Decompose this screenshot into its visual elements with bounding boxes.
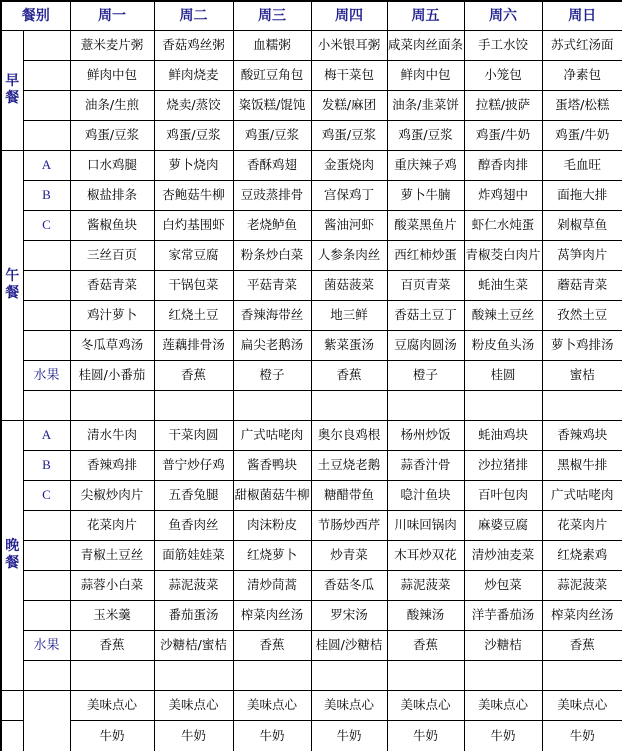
slot-label [23, 240, 70, 270]
menu-item-cell: 血糯粥 [233, 30, 311, 60]
menu-item-cell: 酱香鸭块 [233, 450, 311, 480]
slot-label [23, 600, 70, 630]
slot-label [23, 330, 70, 360]
meal-section-label: 午餐 [1, 150, 23, 420]
menu-item-cell: 香蕉 [70, 630, 154, 660]
footer-slot-cell [23, 690, 70, 751]
menu-item-cell: 粢饭糕/馄饨 [233, 90, 311, 120]
menu-item-cell: 玉米羹 [70, 600, 154, 630]
slot-label [23, 120, 70, 150]
menu-item-cell: 橙子 [387, 360, 464, 390]
menu-item-cell: 香辣鸡块 [542, 420, 622, 450]
menu-item-cell: 牛奶 [464, 720, 542, 751]
menu-item-cell: 桂圆/小番茄 [70, 360, 154, 390]
menu-item-cell: 面筋娃娃菜 [154, 540, 233, 570]
menu-item-cell: 西红柿炒蛋 [387, 240, 464, 270]
menu-item-cell: 蒜香汁骨 [387, 450, 464, 480]
slot-label [23, 510, 70, 540]
menu-item-cell: 黑椒牛排 [542, 450, 622, 480]
menu-item-cell: 百页青菜 [387, 270, 464, 300]
menu-item-cell: 蘑菇青菜 [542, 270, 622, 300]
menu-item-cell: 金蛋烧肉 [311, 150, 387, 180]
menu-item-cell: 菌菇菠菜 [311, 270, 387, 300]
menu-item-cell: 椒盐排条 [70, 180, 154, 210]
menu-item-cell: 梅干菜包 [311, 60, 387, 90]
menu-item-cell: 鸡蛋/豆浆 [387, 120, 464, 150]
menu-item-cell: 酸豇豆角包 [233, 60, 311, 90]
menu-item-cell: 香蕉 [154, 360, 233, 390]
menu-item-cell: 杏鲍菇牛柳 [154, 180, 233, 210]
menu-item-cell: 榨菜肉丝汤 [542, 600, 622, 630]
menu-item-cell: 鸡蛋/牛奶 [542, 120, 622, 150]
menu-item-cell: 鸡汁萝卜 [70, 300, 154, 330]
menu-item-cell: 蛋塔/松糕 [542, 90, 622, 120]
menu-row: C酱椒鱼块白灼基围虾老烧鲈鱼酱油河虾酸菜黑鱼片虾仁水炖蛋剁椒草鱼 [1, 210, 622, 240]
day-header-4: 周四 [311, 1, 387, 30]
menu-item-cell: 沙糖桔 [464, 630, 542, 660]
menu-row [1, 390, 622, 420]
menu-item-cell: 红烧土豆 [154, 300, 233, 330]
slot-label [23, 60, 70, 90]
menu-item-cell: 咸菜肉丝面条 [387, 30, 464, 60]
menu-row: 水果桂圆/小番茄香蕉橙子香蕉橙子桂圆蜜桔 [1, 360, 622, 390]
slot-label: C [23, 210, 70, 240]
corner-label-cell: 餐别 [1, 1, 70, 30]
menu-item-cell: 美味点心 [542, 690, 622, 720]
menu-item-cell: 红烧萝卜 [233, 540, 311, 570]
menu-item-cell: 肉沫粉皮 [233, 510, 311, 540]
day-header-6: 周六 [464, 1, 542, 30]
menu-item-cell: 薏米麦片粥 [70, 30, 154, 60]
menu-item-cell: 美味点心 [311, 690, 387, 720]
menu-item-cell: 桂圆 [464, 360, 542, 390]
menu-item-cell: 醇香肉排 [464, 150, 542, 180]
menu-item-cell: 发糕/麻团 [311, 90, 387, 120]
slot-label [23, 270, 70, 300]
menu-item-cell: 甜椒菌菇牛柳 [233, 480, 311, 510]
menu-item-cell: 蚝油鸡块 [464, 420, 542, 450]
menu-item-cell: 炒包菜 [464, 570, 542, 600]
menu-item-cell: 奥尔良鸡根 [311, 420, 387, 450]
menu-item-cell: 牛奶 [542, 720, 622, 751]
menu-item-cell: 广式咕咾肉 [542, 480, 622, 510]
menu-item-cell: 鱼香肉丝 [154, 510, 233, 540]
menu-item-cell: 酸辣土豆丝 [464, 300, 542, 330]
menu-row: 晚餐A清水牛肉干菜肉圆广式咕咾肉奥尔良鸡根杨州炒饭蚝油鸡块香辣鸡块 [1, 420, 622, 450]
menu-item-cell: 百叶包肉 [464, 480, 542, 510]
menu-item-cell: 酱椒鱼块 [70, 210, 154, 240]
day-header-1: 周一 [70, 1, 154, 30]
menu-item-cell: 干菜肉圆 [154, 420, 233, 450]
meal-section-label: 早餐 [1, 30, 23, 150]
menu-item-cell [542, 390, 622, 420]
menu-item-cell: 川味回锅肉 [387, 510, 464, 540]
menu-item-cell: 炒青菜 [311, 540, 387, 570]
menu-item-cell: 白灼基围虾 [154, 210, 233, 240]
menu-item-cell [387, 660, 464, 690]
menu-item-cell: 萝卜鸡排汤 [542, 330, 622, 360]
menu-item-cell: 冬瓜草鸡汤 [70, 330, 154, 360]
menu-item-cell: 鸡蛋/牛奶 [464, 120, 542, 150]
menu-item-cell: 牛奶 [387, 720, 464, 751]
menu-item-cell: 广式咕咾肉 [233, 420, 311, 450]
menu-item-cell: 尖椒炒肉片 [70, 480, 154, 510]
menu-item-cell: 蜜桔 [542, 360, 622, 390]
meal-section-label: 晚餐 [1, 420, 23, 690]
slot-label: 水果 [23, 360, 70, 390]
menu-row: 鸡汁萝卜红烧土豆香辣海带丝地三鲜香菇土豆丁酸辣土豆丝孜然土豆 [1, 300, 622, 330]
menu-item-cell: 扁尖老鹅汤 [233, 330, 311, 360]
menu-item-cell: 平菇青菜 [233, 270, 311, 300]
menu-row: 冬瓜草鸡汤莲藕排骨汤扁尖老鹅汤紫菜蛋汤豆腐肉圆汤粉皮鱼头汤萝卜鸡排汤 [1, 330, 622, 360]
menu-item-cell: 豆豉蒸排骨 [233, 180, 311, 210]
menu-item-cell: 蒜泥菠菜 [542, 570, 622, 600]
menu-row: 油条/生煎烧卖/蒸饺粢饭糕/馄饨发糕/麻团油条/韭菜饼拉糕/披萨蛋塔/松糕 [1, 90, 622, 120]
menu-item-cell: 清炒油麦菜 [464, 540, 542, 570]
menu-item-cell: 香菇土豆丁 [387, 300, 464, 330]
menu-item-cell: 花菜肉片 [70, 510, 154, 540]
milk-row: 牛奶牛奶牛奶牛奶牛奶牛奶牛奶 [1, 720, 622, 751]
menu-item-cell: 香菇鸡丝粥 [154, 30, 233, 60]
menu-row: 鸡蛋/豆浆鸡蛋/豆浆鸡蛋/豆浆鸡蛋/豆浆鸡蛋/豆浆鸡蛋/牛奶鸡蛋/牛奶 [1, 120, 622, 150]
menu-item-cell: 香蕉 [233, 630, 311, 660]
day-header-3: 周三 [233, 1, 311, 30]
menu-row: 香菇青菜干锅包菜平菇青菜菌菇菠菜百页青菜蚝油生菜蘑菇青菜 [1, 270, 622, 300]
menu-item-cell: 木耳炒双花 [387, 540, 464, 570]
header-row: 餐别周一周二周三周四周五周六周日 [1, 1, 622, 30]
menu-item-cell: 紫菜蛋汤 [311, 330, 387, 360]
menu-item-cell: 老烧鲈鱼 [233, 210, 311, 240]
slot-label [23, 660, 70, 690]
menu-item-cell: 萝卜烧肉 [154, 150, 233, 180]
menu-item-cell [542, 660, 622, 690]
footer-left-cell [1, 690, 23, 720]
slot-label [23, 30, 70, 60]
menu-item-cell: 青椒土豆丝 [70, 540, 154, 570]
menu-item-cell: 鲜肉烧麦 [154, 60, 233, 90]
menu-item-cell [233, 390, 311, 420]
menu-item-cell: 鸡蛋/豆浆 [233, 120, 311, 150]
snack-row: 美味点心美味点心美味点心美味点心美味点心美味点心美味点心 [1, 690, 622, 720]
menu-item-cell: 剁椒草鱼 [542, 210, 622, 240]
menu-item-cell: 节肠炒西芹 [311, 510, 387, 540]
menu-row: B香辣鸡排普宁炒仔鸡酱香鸭块土豆烧老鹅蒜香汁骨沙拉猪排黑椒牛排 [1, 450, 622, 480]
menu-item-cell: 净素包 [542, 60, 622, 90]
menu-table: 餐别周一周二周三周四周五周六周日早餐薏米麦片粥香菇鸡丝粥血糯粥小米银耳粥咸菜肉丝… [0, 0, 622, 751]
slot-label: A [23, 150, 70, 180]
menu-item-cell: 榨菜肉丝汤 [233, 600, 311, 630]
menu-item-cell: 香菇青菜 [70, 270, 154, 300]
menu-item-cell: 麻婆豆腐 [464, 510, 542, 540]
menu-item-cell: 重庆辣子鸡 [387, 150, 464, 180]
menu-row: 玉米羹番茄蛋汤榨菜肉丝汤罗宋汤酸辣汤洋芋番茄汤榨菜肉丝汤 [1, 600, 622, 630]
slot-label [23, 90, 70, 120]
menu-item-cell: 鲜肉中包 [387, 60, 464, 90]
menu-item-cell [70, 390, 154, 420]
menu-item-cell: 油条/生煎 [70, 90, 154, 120]
slot-label [23, 570, 70, 600]
menu-item-cell: 三丝百页 [70, 240, 154, 270]
slot-label: A [23, 420, 70, 450]
menu-row: C尖椒炒肉片五香兔腿甜椒菌菇牛柳糖醋带鱼喼汁鱼块百叶包肉广式咕咾肉 [1, 480, 622, 510]
menu-item-cell: 番茄蛋汤 [154, 600, 233, 630]
menu-item-cell [311, 660, 387, 690]
menu-item-cell: 香菇冬瓜 [311, 570, 387, 600]
menu-row: 花菜肉片鱼香肉丝肉沫粉皮节肠炒西芹川味回锅肉麻婆豆腐花菜肉片 [1, 510, 622, 540]
menu-item-cell: 家常豆腐 [154, 240, 233, 270]
menu-item-cell: 虾仁水炖蛋 [464, 210, 542, 240]
menu-item-cell: 美味点心 [70, 690, 154, 720]
day-header-5: 周五 [387, 1, 464, 30]
menu-item-cell: 美味点心 [464, 690, 542, 720]
menu-item-cell: 毛血旺 [542, 150, 622, 180]
menu-item-cell: 花菜肉片 [542, 510, 622, 540]
menu-item-cell: 喼汁鱼块 [387, 480, 464, 510]
menu-item-cell: 油条/韭菜饼 [387, 90, 464, 120]
menu-item-cell [70, 660, 154, 690]
menu-item-cell: 牛奶 [70, 720, 154, 751]
menu-item-cell: 鸡蛋/豆浆 [70, 120, 154, 150]
slot-label: 水果 [23, 630, 70, 660]
menu-item-cell: 豆腐肉圆汤 [387, 330, 464, 360]
slot-label: C [23, 480, 70, 510]
menu-row: 青椒土豆丝面筋娃娃菜红烧萝卜炒青菜木耳炒双花清炒油麦菜红烧素鸡 [1, 540, 622, 570]
menu-item-cell: 萝卜牛腩 [387, 180, 464, 210]
menu-item-cell: 香辣鸡排 [70, 450, 154, 480]
menu-row: 早餐薏米麦片粥香菇鸡丝粥血糯粥小米银耳粥咸菜肉丝面条手工水饺苏式红汤面 [1, 30, 622, 60]
menu-item-cell: 口水鸡腿 [70, 150, 154, 180]
menu-item-cell: 美味点心 [154, 690, 233, 720]
menu-item-cell [387, 390, 464, 420]
menu-row: 午餐A口水鸡腿萝卜烧肉香酥鸡翅金蛋烧肉重庆辣子鸡醇香肉排毛血旺 [1, 150, 622, 180]
menu-item-cell: 鸡蛋/豆浆 [154, 120, 233, 150]
menu-item-cell: 鲜肉中包 [70, 60, 154, 90]
menu-item-cell: 莲藕排骨汤 [154, 330, 233, 360]
menu-item-cell: 香蕉 [311, 360, 387, 390]
menu-item-cell: 酱油河虾 [311, 210, 387, 240]
menu-item-cell: 宫保鸡丁 [311, 180, 387, 210]
menu-item-cell: 美味点心 [387, 690, 464, 720]
menu-item-cell: 沙拉猪排 [464, 450, 542, 480]
menu-row: 三丝百页家常豆腐粉条炒白菜人参条肉丝西红柿炒蛋青椒茭白肉片莴笋肉片 [1, 240, 622, 270]
menu-item-cell: 干锅包菜 [154, 270, 233, 300]
menu-item-cell: 五香兔腿 [154, 480, 233, 510]
slot-label [23, 540, 70, 570]
menu-item-cell: 香酥鸡翅 [233, 150, 311, 180]
footer-left-cell [1, 720, 23, 751]
menu-row: 水果香蕉沙糖桔/蜜桔香蕉桂圆/沙糖桔香蕉沙糖桔香蕉 [1, 630, 622, 660]
menu-item-cell: 面拖大排 [542, 180, 622, 210]
menu-item-cell [464, 660, 542, 690]
menu-item-cell: 香蕉 [542, 630, 622, 660]
menu-item-cell: 蒜泥菠菜 [154, 570, 233, 600]
menu-item-cell: 拉糕/披萨 [464, 90, 542, 120]
menu-item-cell: 蚝油生菜 [464, 270, 542, 300]
menu-item-cell: 酸辣汤 [387, 600, 464, 630]
menu-row [1, 660, 622, 690]
menu-item-cell: 青椒茭白肉片 [464, 240, 542, 270]
slot-label [23, 300, 70, 330]
menu-item-cell: 苏式红汤面 [542, 30, 622, 60]
menu-item-cell: 酸菜黑鱼片 [387, 210, 464, 240]
menu-item-cell: 清水牛肉 [70, 420, 154, 450]
menu-item-cell: 地三鲜 [311, 300, 387, 330]
menu-item-cell: 香蕉 [387, 630, 464, 660]
menu-row: 蒜蓉小白菜蒜泥菠菜清炒茼蒿香菇冬瓜蒜泥菠菜炒包菜蒜泥菠菜 [1, 570, 622, 600]
menu-item-cell: 洋芋番茄汤 [464, 600, 542, 630]
menu-item-cell: 美味点心 [233, 690, 311, 720]
menu-item-cell: 香辣海带丝 [233, 300, 311, 330]
menu-item-cell [311, 390, 387, 420]
menu-item-cell: 橙子 [233, 360, 311, 390]
menu-item-cell: 鸡蛋/豆浆 [311, 120, 387, 150]
menu-item-cell: 牛奶 [311, 720, 387, 751]
menu-item-cell: 炸鸡翅中 [464, 180, 542, 210]
slot-label: B [23, 450, 70, 480]
menu-row: 鲜肉中包鲜肉烧麦酸豇豆角包梅干菜包鲜肉中包小笼包净素包 [1, 60, 622, 90]
menu-item-cell: 手工水饺 [464, 30, 542, 60]
menu-item-cell: 莴笋肉片 [542, 240, 622, 270]
menu-item-cell: 普宁炒仔鸡 [154, 450, 233, 480]
menu-item-cell [154, 390, 233, 420]
menu-item-cell: 人参条肉丝 [311, 240, 387, 270]
menu-item-cell: 粉皮鱼头汤 [464, 330, 542, 360]
menu-item-cell: 蒜蓉小白菜 [70, 570, 154, 600]
menu-row: B椒盐排条杏鲍菇牛柳豆豉蒸排骨宫保鸡丁萝卜牛腩炸鸡翅中面拖大排 [1, 180, 622, 210]
menu-item-cell: 杨州炒饭 [387, 420, 464, 450]
day-header-7: 周日 [542, 1, 622, 30]
menu-item-cell: 清炒茼蒿 [233, 570, 311, 600]
menu-item-cell: 烧卖/蒸饺 [154, 90, 233, 120]
menu-item-cell [154, 660, 233, 690]
menu-item-cell: 土豆烧老鹅 [311, 450, 387, 480]
menu-item-cell: 蒜泥菠菜 [387, 570, 464, 600]
menu-table-body: 餐别周一周二周三周四周五周六周日早餐薏米麦片粥香菇鸡丝粥血糯粥小米银耳粥咸菜肉丝… [1, 1, 622, 751]
menu-item-cell: 孜然土豆 [542, 300, 622, 330]
menu-item-cell: 粉条炒白菜 [233, 240, 311, 270]
menu-item-cell: 牛奶 [154, 720, 233, 751]
menu-item-cell: 小米银耳粥 [311, 30, 387, 60]
menu-item-cell [464, 390, 542, 420]
menu-item-cell: 糖醋带鱼 [311, 480, 387, 510]
menu-item-cell: 桂圆/沙糖桔 [311, 630, 387, 660]
slot-label [23, 390, 70, 420]
menu-item-cell [233, 660, 311, 690]
menu-item-cell: 沙糖桔/蜜桔 [154, 630, 233, 660]
day-header-2: 周二 [154, 1, 233, 30]
menu-item-cell: 罗宋汤 [311, 600, 387, 630]
menu-item-cell: 小笼包 [464, 60, 542, 90]
slot-label: B [23, 180, 70, 210]
menu-item-cell: 牛奶 [233, 720, 311, 751]
menu-item-cell: 红烧素鸡 [542, 540, 622, 570]
